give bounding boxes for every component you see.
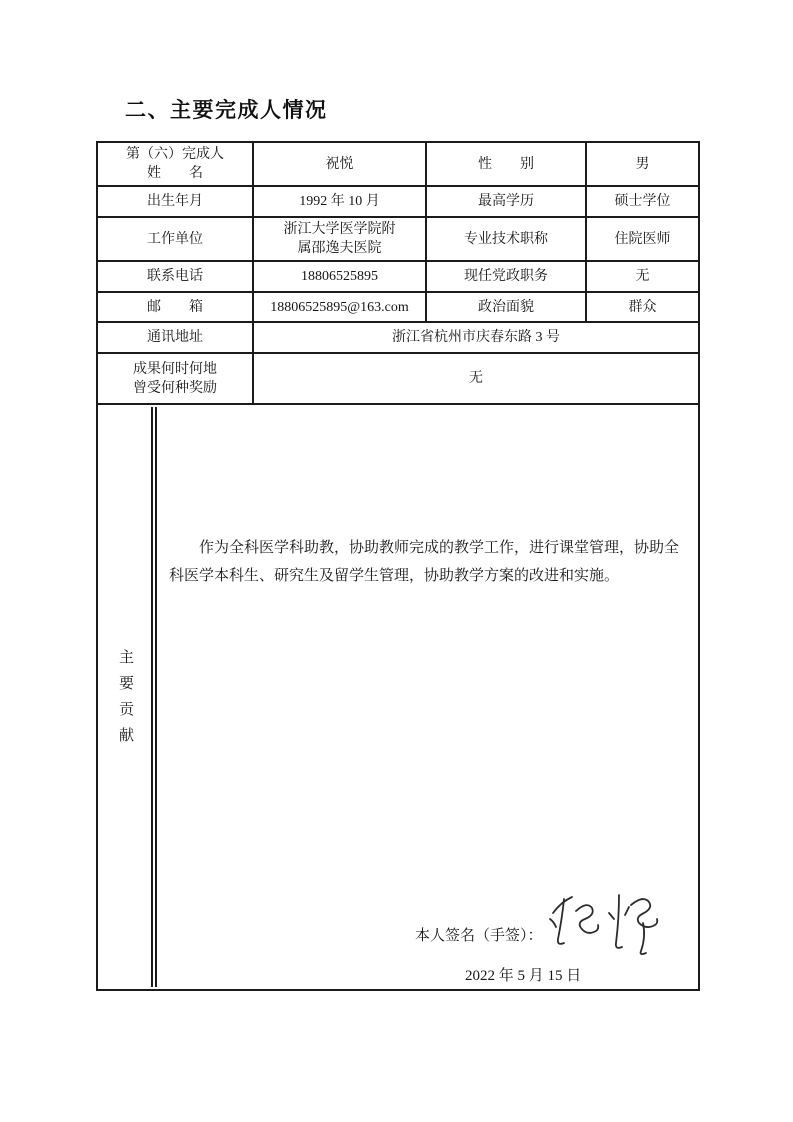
field-label-party-post: 现任党政职务	[426, 261, 586, 292]
table-row: 第（六）完成人 姓 名 祝悦 性 别 男	[97, 142, 699, 186]
field-label-gender: 性 别	[426, 142, 586, 186]
field-label-email: 邮 箱	[97, 292, 253, 322]
document-page: 二、主要完成人情况 第（六）完成人 姓 名 祝悦 性 别 男 出生年月 1992…	[0, 0, 793, 1122]
contribution-body: 作为全科医学科助教，协助教师完成的教学工作，进行课堂管理，协助全科医学本科生、研…	[155, 407, 694, 987]
completer-info-table: 第（六）完成人 姓 名 祝悦 性 别 男 出生年月 1992 年 10 月 最高…	[96, 141, 700, 991]
field-label-workunit: 工作单位	[97, 217, 253, 261]
field-value-political-status: 群众	[586, 292, 699, 322]
field-label-name: 第（六）完成人 姓 名	[97, 142, 253, 186]
field-value-education: 硕士学位	[586, 186, 699, 217]
field-value-birthdate: 1992 年 10 月	[253, 186, 426, 217]
section-title: 二、主要完成人情况	[125, 94, 328, 124]
handwritten-signature-icon	[543, 889, 661, 965]
field-label-phone: 联系电话	[97, 261, 253, 292]
field-value-title: 住院医师	[586, 217, 699, 261]
field-label-address: 通讯地址	[97, 322, 253, 353]
field-value-address: 浙江省杭州市庆春东路 3 号	[253, 322, 699, 353]
table-row: 出生年月 1992 年 10 月 最高学历 硕士学位	[97, 186, 699, 217]
table-row: 邮 箱 18806525895@163.com 政治面貌 群众	[97, 292, 699, 322]
contribution-cell: 主 要 贡 献 作为全科医学科助教，协助教师完成的教学工作，进行课堂管理，协助全…	[97, 404, 699, 990]
signature-label: 本人签名（手签）：	[415, 927, 543, 946]
field-label-political-status: 政治面貌	[426, 292, 586, 322]
table-row: 通讯地址 浙江省杭州市庆春东路 3 号	[97, 322, 699, 353]
field-value-party-post: 无	[586, 261, 699, 292]
contribution-vertical-label: 主 要 贡 献	[102, 407, 153, 987]
signature-date: 2022 年 5 月 15 日	[465, 967, 581, 986]
field-value-workunit: 浙江大学医学院附 属邵逸夫医院	[253, 217, 426, 261]
field-label-birthdate: 出生年月	[97, 186, 253, 217]
table-row-contribution: 主 要 贡 献 作为全科医学科助教，协助教师完成的教学工作，进行课堂管理，协助全…	[97, 404, 699, 990]
field-value-email: 18806525895@163.com	[253, 292, 426, 322]
field-value-phone: 18806525895	[253, 261, 426, 292]
contribution-text: 作为全科医学科助教，协助教师完成的教学工作，进行课堂管理，协助全科医学本科生、研…	[157, 426, 694, 590]
field-label-education: 最高学历	[426, 186, 586, 217]
table-row: 工作单位 浙江大学医学院附 属邵逸夫医院 专业技术职称 住院医师	[97, 217, 699, 261]
table-row: 联系电话 18806525895 现任党政职务 无	[97, 261, 699, 292]
field-label-title: 专业技术职称	[426, 217, 586, 261]
field-value-gender: 男	[586, 142, 699, 186]
field-value-name: 祝悦	[253, 142, 426, 186]
